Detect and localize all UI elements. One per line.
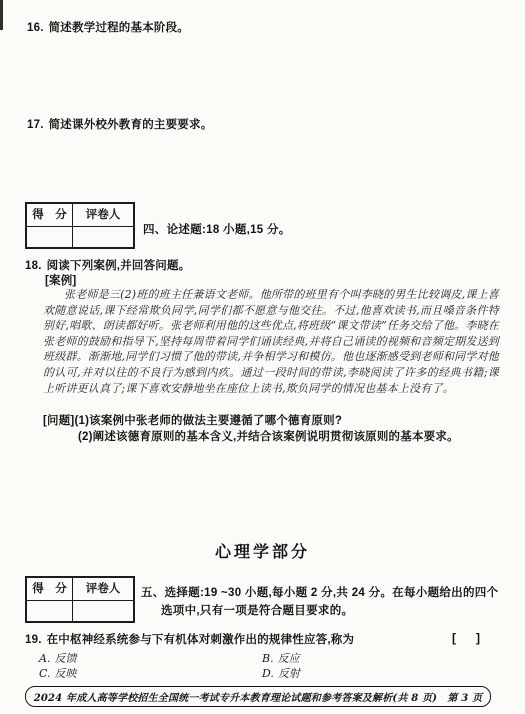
question-label: [问题]: [43, 415, 74, 427]
question-17-number: 17.: [27, 119, 44, 131]
question-19: 19.在中枢神经系统参与下有机体对刺激作出的规律性应答,称为: [25, 631, 354, 647]
answer-bracket-close: ]: [476, 631, 480, 645]
question-17-text: 简述课外校外教育的主要要求。: [49, 119, 213, 131]
case-label: [案例]: [45, 272, 76, 288]
question-18-sub1: [问题](1)该案例中张老师的做法主要遵循了哪个德育原则?: [43, 412, 342, 428]
score-box-header-row: 得 分 评卷人: [27, 204, 133, 227]
answer-bracket: [ ]: [452, 631, 480, 645]
question-18: 18.阅读下列案例,并回答问题。: [25, 257, 190, 273]
section5-header-line2: 选项中,只有一项是符合题目要求的。: [161, 602, 353, 618]
answer-bracket-open: [: [452, 631, 456, 645]
score-cell-label: 得 分: [27, 578, 73, 601]
score-cell-label: 得 分: [27, 204, 73, 227]
option-a: A.反馈: [39, 650, 76, 666]
option-d-text: 反射: [278, 667, 300, 680]
score-box-empty-row: [27, 227, 133, 247]
option-b-text: 反应: [278, 652, 300, 665]
score-cell-empty: [27, 227, 73, 247]
option-c-text: 反映: [55, 667, 77, 680]
exam-page: { "scorebox": { "score_label": "得 分", "g…: [0, 0, 525, 714]
option-b: B.反应: [262, 650, 300, 666]
question-17: 17.简述课外校外教育的主要要求。: [27, 116, 212, 132]
page-footer-text: 2024 年成人高等学校招生全国统一考试专升本教育理论试题和参考答案及解析(共 …: [34, 689, 483, 704]
question-18-sub2: (2)阐述该德育原则的基本含义,并结合该案例说明贯彻该原则的基本要求。: [78, 428, 459, 444]
score-box-header-row: 得 分 评卷人: [27, 578, 133, 601]
score-box-section4: 得 分 评卷人: [25, 202, 135, 249]
option-d: D.反射: [262, 665, 300, 681]
page-footer: 2024 年成人高等学校招生全国统一考试专升本教育理论试题和参考答案及解析(共 …: [25, 686, 491, 707]
grader-cell-label: 评卷人: [73, 578, 133, 601]
scan-edge-artifact: [0, 0, 3, 30]
grader-cell-empty: [73, 227, 133, 247]
option-b-label: B.: [262, 652, 274, 665]
question-16: 16.简述教学过程的基本阶段。: [27, 19, 189, 35]
option-a-text: 反馈: [54, 652, 76, 665]
score-cell-empty: [27, 601, 73, 621]
psychology-heading: 心理学部分: [0, 539, 525, 562]
score-box-empty-row: [27, 601, 133, 621]
question-19-number: 19.: [25, 634, 42, 646]
option-c: C.反映: [39, 665, 77, 681]
section4-header: 四、论述题:18 小题,15 分。: [143, 221, 291, 237]
question-16-number: 16.: [27, 22, 44, 34]
option-c-label: C.: [39, 667, 51, 680]
option-a-label: A.: [39, 652, 50, 665]
question-19-stem: 在中枢神经系统参与下有机体对刺激作出的规律性应答,称为: [47, 634, 355, 646]
question-18-number: 18.: [25, 260, 42, 272]
grader-cell-empty: [73, 601, 133, 621]
score-box-section5: 得 分 评卷人: [25, 576, 135, 623]
grader-cell-label: 评卷人: [73, 204, 133, 227]
question-18-stem: 阅读下列案例,并回答问题。: [47, 260, 191, 272]
case-text: 张老师是三(2)班的班主任兼语文老师。他所带的班里有个叫李晓的男生比较调皮,课上…: [43, 287, 499, 396]
question-16-text: 简述教学过程的基本阶段。: [49, 22, 189, 34]
option-d-label: D.: [262, 667, 274, 680]
section5-header-line1: 五、选择题:19 ~30 小题,每小题 2 分,共 24 分。在每小题给出的四个: [141, 584, 511, 600]
question-18-sub1-text: (1)该案例中张老师的做法主要遵循了哪个德育原则?: [74, 415, 342, 427]
